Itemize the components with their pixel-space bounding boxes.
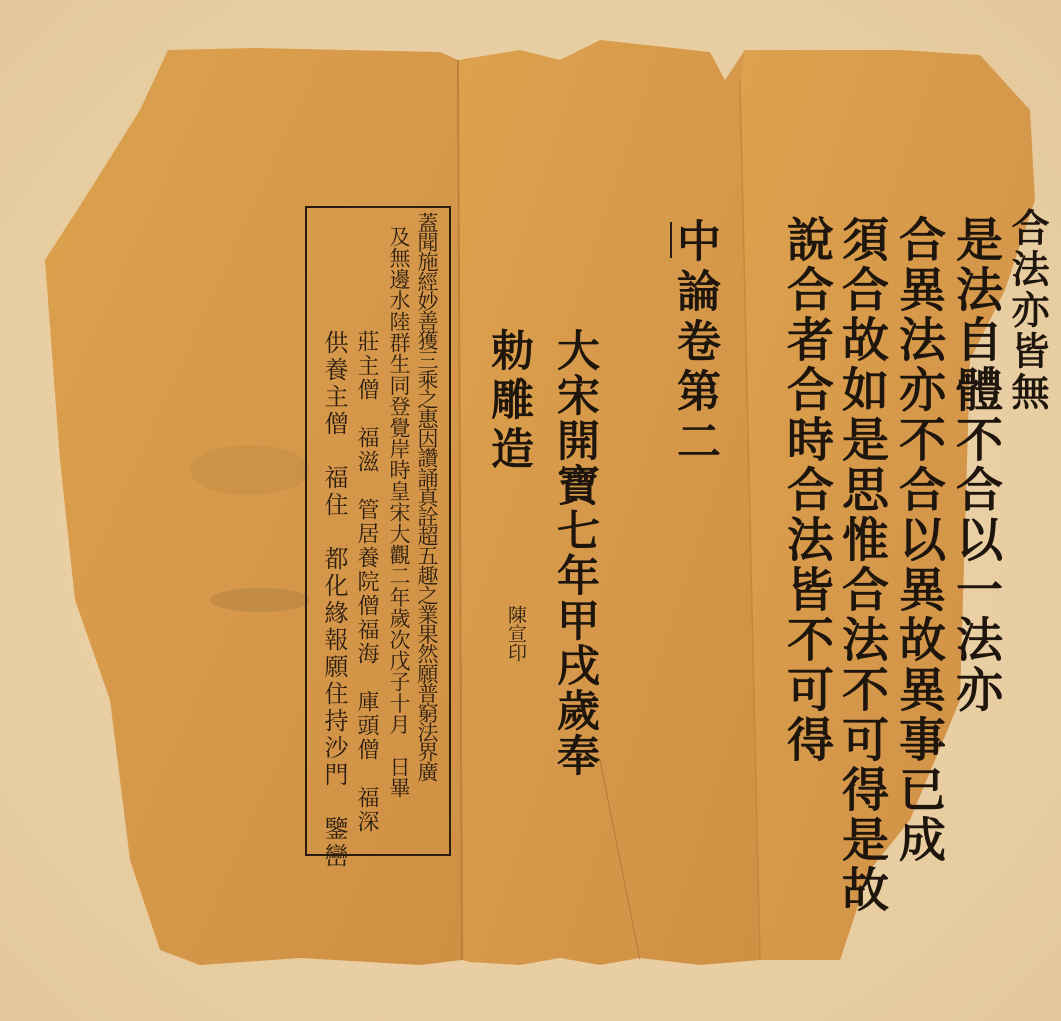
main-text-column-2: 是法自體不合以一法亦 bbox=[952, 215, 999, 715]
colophon-column-4: 供養主僧 福住 都化緣報願住持沙門 鑒巒 bbox=[322, 330, 346, 870]
main-text-column-4: 須合故如是思惟合法不可得是故 bbox=[838, 215, 885, 915]
imprint-date-line: 大宋開寶七年甲戌歲奉 bbox=[553, 328, 596, 778]
carver-mark: 陳宣印 bbox=[503, 605, 530, 662]
main-text-column-5: 說合者合時合法皆不可得 bbox=[783, 215, 830, 765]
imprint-edict-line: 勅雕造 bbox=[487, 328, 530, 475]
main-text-column-3: 合異法亦不合以異故異事已成 bbox=[895, 215, 942, 865]
colophon-column-1: 蓋聞施經妙善獲三乘之惠因讚誦真詮超五趣之業果然願普窮法界廣 bbox=[416, 212, 437, 780]
scroll-title: 中論卷第二 bbox=[672, 218, 716, 468]
colophon-column-2: 及無邊水陸群生同登覺岸時皇宋大觀二年歲次戊子十月 日畢 bbox=[388, 226, 409, 798]
colophon-column-3: 莊主僧 福滋 管居養院僧福海 庫頭僧 福深 bbox=[355, 330, 377, 834]
main-text-column-1: 合法亦皆無 bbox=[1008, 208, 1046, 413]
